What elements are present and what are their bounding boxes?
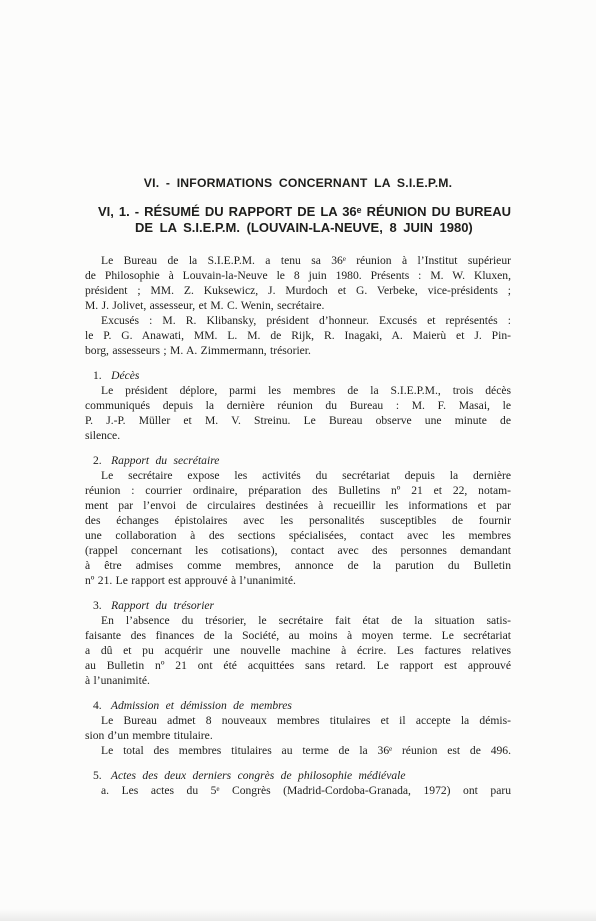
section-number: 2.	[93, 454, 102, 467]
document-title: VI. - INFORMATIONS CONCERNANT LA S.I.E.P…	[85, 176, 511, 191]
document-body: Le Bureau de la S.I.E.P.M. a tenu sa 36ᵉ…	[85, 253, 511, 798]
text-line: réunion : courrier ordinaire, préparatio…	[85, 483, 511, 498]
text-line: le P. G. Anawati, MM. L. M. de Rijk, R. …	[85, 328, 511, 343]
text-line: nº 21. Le rapport est approuvé à l’unani…	[85, 573, 511, 588]
document-subtitle: VI, 1. - RÉSUMÉ DU RAPPORT DE LA 36ᵉ RÉU…	[85, 204, 511, 236]
text-line: Le total des membres titulaires au terme…	[85, 743, 511, 758]
text-line: P. J.-P. Müller et M. V. Streinu. Le Bur…	[85, 413, 511, 428]
text-line: a dû et pu acquérir une nouvelle machine…	[85, 643, 511, 658]
paragraph: Le Bureau de la S.I.E.P.M. a tenu sa 36ᵉ…	[85, 253, 511, 313]
text-line: de Philosophie à Louvain-la-Neuve le 8 j…	[85, 268, 511, 283]
text-line: au Bulletin nº 21 ont été acquittées san…	[85, 658, 511, 673]
section-number: 4.	[93, 699, 102, 712]
paragraph: Le président déplore, parmi les membres …	[85, 383, 511, 443]
text-line: faisante des finances de la Société, au …	[85, 628, 511, 643]
paragraph: En l’absence du trésorier, le secrétaire…	[85, 613, 511, 688]
section: 1. DécèsLe président déplore, parmi les …	[85, 368, 511, 443]
text-line: (rappel concernant les cotisations), con…	[85, 543, 511, 558]
section: 4. Admission et démission de membresLe B…	[85, 698, 511, 758]
text-line: une collaboration à des sections spécial…	[85, 528, 511, 543]
text-line: Le Bureau de la S.I.E.P.M. a tenu sa 36ᵉ…	[85, 253, 511, 268]
text-line: a. Les actes du 5ᵉ Congrès (Madrid-Cordo…	[85, 783, 511, 798]
section-heading: 2. Rapport du secrétaire	[85, 453, 511, 468]
section-title: Décès	[105, 369, 140, 382]
text-line: à être admises comme membres, annonce de…	[85, 558, 511, 573]
section-title: Actes des deux derniers congrès de philo…	[105, 769, 406, 782]
section-heading: 3. Rapport du trésorier	[85, 598, 511, 613]
section-title: Rapport du secrétaire	[105, 454, 220, 467]
text-line: sion d’un membre titulaire.	[85, 728, 511, 743]
text-line: des échanges épistolaires avec les perso…	[85, 513, 511, 528]
text-line: Le Bureau admet 8 nouveaux membres titul…	[85, 713, 511, 728]
text-line: à l’unanimité.	[85, 673, 511, 688]
section: 3. Rapport du trésorierEn l’absence du t…	[85, 598, 511, 688]
paragraph: Le secrétaire expose les activités du se…	[85, 468, 511, 588]
section: Le Bureau de la S.I.E.P.M. a tenu sa 36ᵉ…	[85, 253, 511, 358]
section-heading: 1. Décès	[85, 368, 511, 383]
text-line: M. J. Jolivet, assesseur, et M. C. Wenin…	[85, 298, 511, 313]
text-line: communiqués depuis la dernière réunion d…	[85, 398, 511, 413]
section-title: Rapport du trésorier	[105, 599, 214, 612]
paragraph: Le total des membres titulaires au terme…	[85, 743, 511, 758]
text-line: président ; MM. Z. Kuksewicz, J. Murdoch…	[85, 283, 511, 298]
text-line: Le secrétaire expose les activités du se…	[85, 468, 511, 483]
section: 2. Rapport du secrétaireLe secrétaire ex…	[85, 453, 511, 588]
section-title: Admission et démission de membres	[105, 699, 292, 712]
text-line: Le président déplore, parmi les membres …	[85, 383, 511, 398]
text-line: borg, assesseurs ; M. A. Zimmermann, tré…	[85, 343, 511, 358]
page-bottom-shade	[0, 909, 596, 921]
page-content: VI. - INFORMATIONS CONCERNANT LA S.I.E.P…	[85, 176, 511, 798]
paragraph: Le Bureau admet 8 nouveaux membres titul…	[85, 713, 511, 743]
text-line: En l’absence du trésorier, le secrétaire…	[85, 613, 511, 628]
subtitle-line-1: VI, 1. - RÉSUMÉ DU RAPPORT DE LA 36ᵉ RÉU…	[85, 204, 511, 220]
text-line: silence.	[85, 428, 511, 443]
section-heading: 5. Actes des deux derniers congrès de ph…	[85, 768, 511, 783]
section-number: 3.	[93, 599, 102, 612]
text-line: ment par l’envoi de circulaires destinée…	[85, 498, 511, 513]
document-page: VI. - INFORMATIONS CONCERNANT LA S.I.E.P…	[0, 0, 596, 921]
text-line: Excusés : M. R. Klibansky, président d’h…	[85, 313, 511, 328]
section-number: 5.	[93, 769, 102, 782]
paragraph: Excusés : M. R. Klibansky, président d’h…	[85, 313, 511, 358]
section-heading: 4. Admission et démission de membres	[85, 698, 511, 713]
section-number: 1.	[93, 369, 102, 382]
subtitle-line-2: DE LA S.I.E.P.M. (LOUVAIN-LA-NEUVE, 8 JU…	[85, 220, 511, 236]
paragraph: a. Les actes du 5ᵉ Congrès (Madrid-Cordo…	[85, 783, 511, 798]
section: 5. Actes des deux derniers congrès de ph…	[85, 768, 511, 798]
